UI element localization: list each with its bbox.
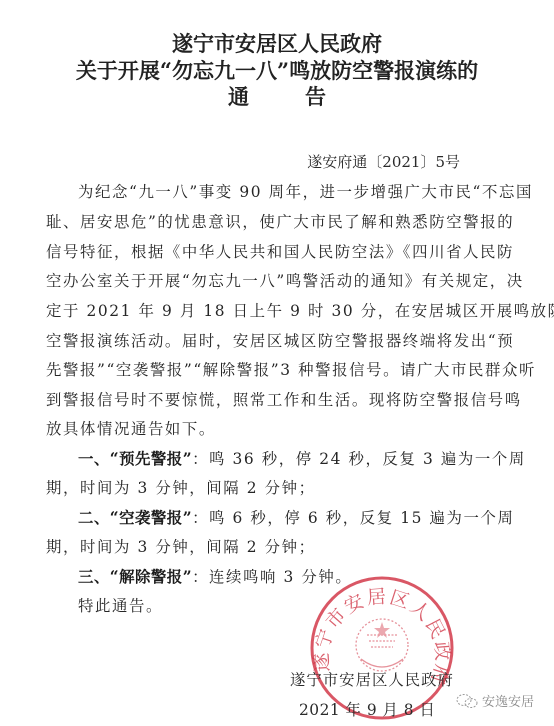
item-2-label: 二、“空袭警报” [78,509,192,527]
signature-date: 2021 年 9 月 8 日 [299,698,435,720]
body-line: 放具体情况通告如下。 [46,417,216,439]
title-char-gao: 告 [305,86,326,108]
body-line: 耻、居安思危”的忧患意识，使广大市民了解和熟悉防空警报的 [46,210,514,232]
wechat-watermark: 安逸安居 [456,691,534,710]
item-1: 一、“预先警报”：鸣 36 秒，停 24 秒，反复 3 遍为一个周 [78,447,526,469]
title-line-2: 关于开展“勿忘九一八”鸣放防空警报演练的 [0,60,554,82]
closing-text: 特此通告。 [78,594,163,616]
body-line: 定于 2021 年 9 月 18 日上午 9 时 30 分，在安居城区开展鸣放防 [46,299,554,321]
wechat-icon [456,693,478,709]
title-line-3: 通告 [0,86,554,108]
body-line: 先警报”“空袭警报”“解除警报”3 种警报信号。请广大市民群众听 [46,358,536,380]
item-1-label: 一、“预先警报” [78,450,192,468]
body-line: 信号特征，根据《中华人民共和国人民防空法》《四川省人民防 [46,240,514,262]
signature-authority: 遂宁市安居区人民政府 [290,668,454,690]
body-line: 空警报演练活动。届时，安居区城区防空警报器终端将发出“预 [46,329,514,351]
body-line: 空办公室关于开展“勿忘九一八”鸣警活动的通知》有关规定，决 [46,269,524,291]
title-line-1: 遂宁市安居区人民政府 [0,33,554,55]
body-line: 为纪念“九一八”事变 90 周年，进一步增强广大市民“不忘国 [78,180,533,202]
item-2-continuation: 期，时间为 3 分钟，间隔 2 分钟； [46,535,316,557]
item-2-text: ：鸣 6 秒，停 6 秒，反复 15 遍为一个周 [192,509,514,527]
item-3-label: 三、“解除警报” [78,568,192,586]
item-1-text: ：鸣 36 秒，停 24 秒，反复 3 遍为一个周 [192,450,526,468]
item-1-continuation: 期，时间为 3 分钟，间隔 2 分钟； [46,476,316,498]
body-line: 到警报信号时不要惊慌，照常工作和生活。现将防空警报信号鸣 [46,388,522,410]
watermark-text: 安逸安居 [482,691,534,710]
document-number: 遂安府通〔2021〕5号 [307,151,460,172]
item-2: 二、“空袭警报”：鸣 6 秒，停 6 秒，反复 15 遍为一个周 [78,506,514,528]
title-char-tong: 通 [228,86,249,108]
